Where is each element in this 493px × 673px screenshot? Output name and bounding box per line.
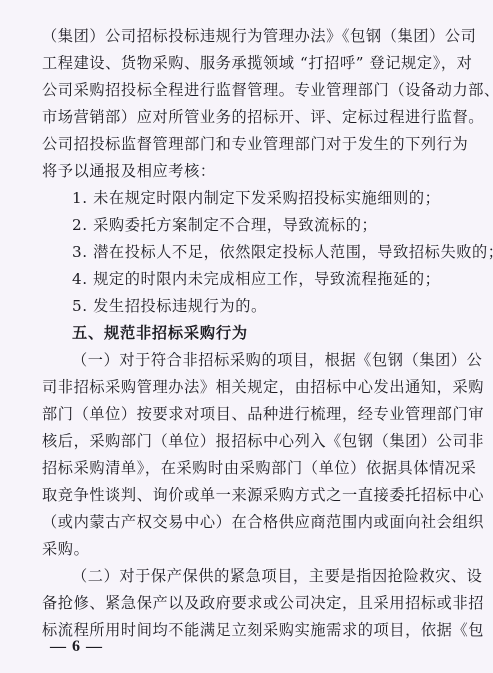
body-text-line: （二）对于保产保供的紧急项目，主要是指因抢险救灾、设 [72,565,464,587]
body-text-line: 公司招投标监督管理部门和专业管理部门对于发生的下列行为 [42,133,464,155]
body-text-line: （集团）公司招标投标违规行为管理办法》《包钢（集团）公司 [42,25,464,47]
list-item: 4. 规定的时限内未完成相应工作，导致流程拖延的； [72,268,464,290]
body-text-line: 市场营销部）应对所管业务的招标开、评、定标过程进行监督。 [42,106,464,128]
body-text-line: 招标采购清单》，在采购时由采购部门（单位）依据具体情况采 [42,457,464,479]
list-item: 5. 发生招投标违规行为的。 [72,295,464,317]
body-text-line: 标流程所用时间均不能满足立刻采购实施需求的项目，依据《包 [42,619,464,641]
body-text-line: 部门（单位）按要求对项目、品种进行梳理，经专业管理部门审 [42,403,464,425]
page-number: — 6 — [50,638,103,656]
body-text-line: 取竞争性谈判、询价或单一来源采购方式之一直接委托招标中心 [42,484,464,506]
body-text-line: 将予以通报及相应考核： [42,160,464,182]
body-text-line: （或内蒙古产权交易中心）在合格供应商范围内或面向社会组织 [42,511,464,533]
body-text-line: 司非招标采购管理办法》相关规定，由招标中心发出通知，采购 [42,376,464,398]
list-item: 2. 采购委托方案制定不合理，导致流标的； [72,214,464,236]
body-text-line: 公司采购招投标全程进行监督管理。专业管理部门（设备动力部、 [42,79,464,101]
document-page: （集团）公司招标投标违规行为管理办法》《包钢（集团）公司 工程建设、货物采购、服… [0,0,493,673]
body-text-line: 核后，采购部门（单位）报招标中心列入《包钢（集团）公司非 [42,430,464,452]
body-text-line: 工程建设、货物采购、服务承揽领域 “打招呼” 登记规定》，对 [42,52,464,74]
body-text-line: 采购。 [42,538,464,560]
body-text-line: 备抢修、紧急保产以及政府要求或公司决定，且采用招标或非招 [42,592,464,614]
list-item: 1. 未在规定时限内制定下发采购招投标实施细则的； [72,187,464,209]
list-item: 3. 潜在投标人不足，依然限定投标人范围，导致招标失败的； [72,241,464,263]
body-text-line: （一）对于符合非招标采购的项目，根据《包钢（集团）公 [72,349,464,371]
section-heading: 五、规范非招标采购行为 [72,322,464,344]
